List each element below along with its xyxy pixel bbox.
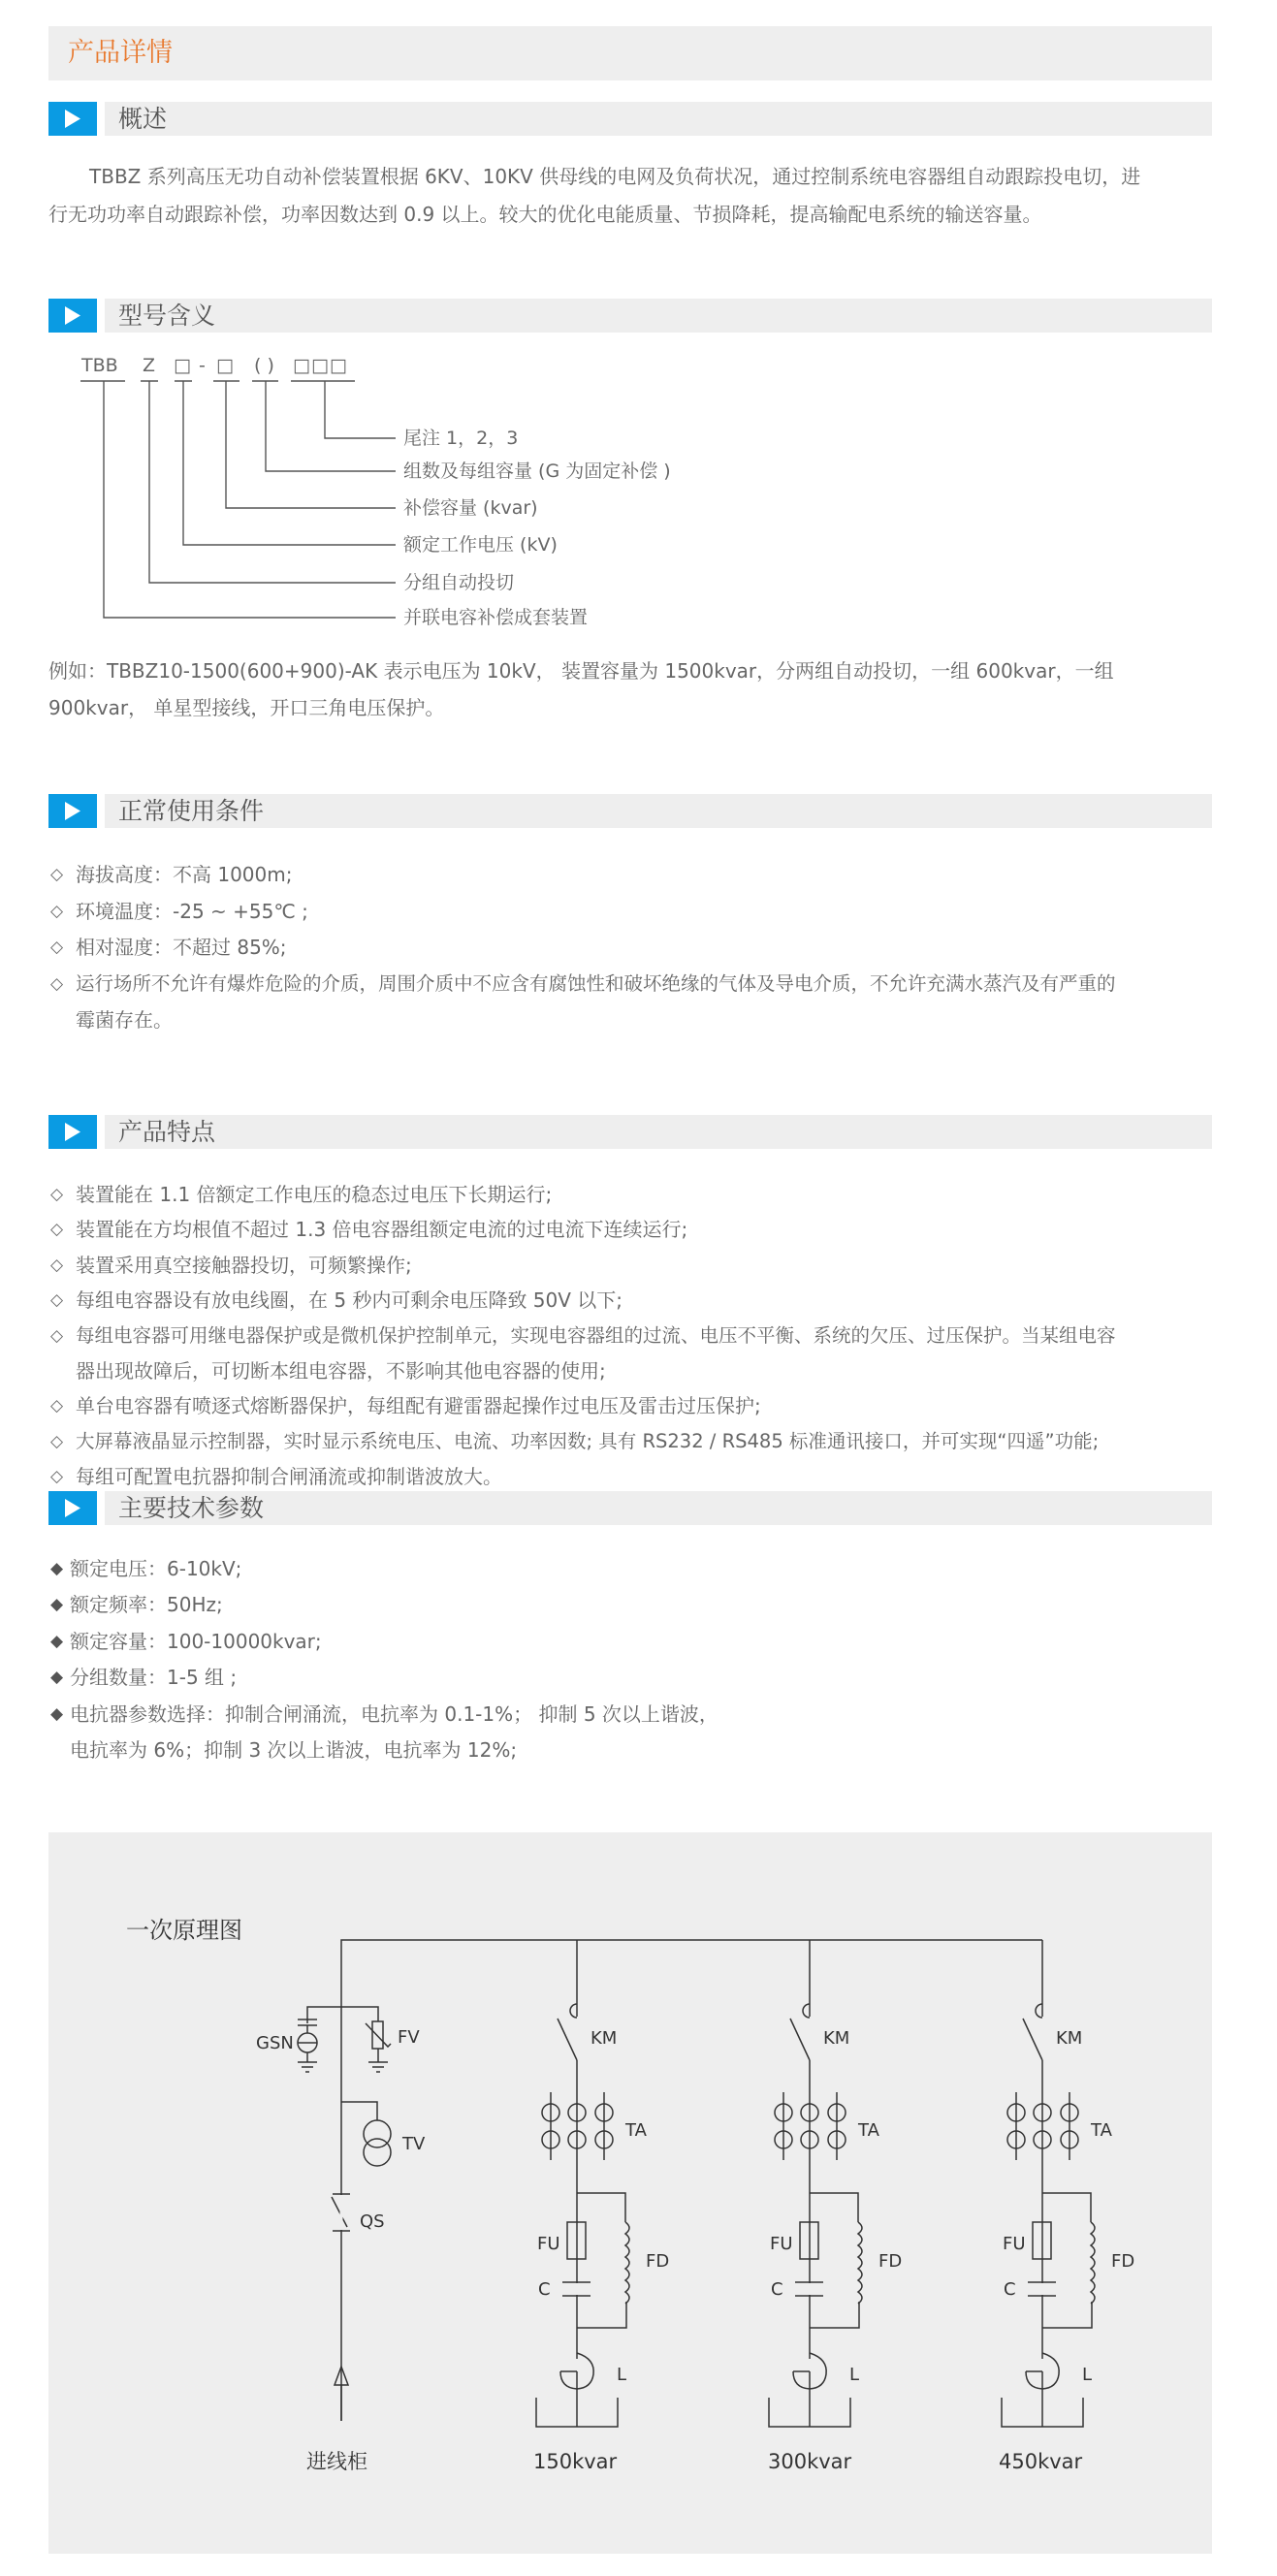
fu-label: FU bbox=[537, 2235, 560, 2254]
fu-label: FU bbox=[1003, 2235, 1026, 2254]
c-label: C bbox=[771, 2280, 783, 2300]
incoming-cabinet-caption: 进线柜 bbox=[306, 2450, 367, 2473]
km-label: KM bbox=[823, 2029, 849, 2049]
fu-label: FU bbox=[770, 2235, 793, 2254]
single-line-diagram bbox=[0, 0, 1277, 2576]
l-label: L bbox=[849, 2366, 859, 2385]
gsn-label: GSN bbox=[256, 2034, 294, 2053]
capacitor-branch-2 bbox=[769, 1940, 862, 2427]
km-label: KM bbox=[1056, 2029, 1082, 2049]
branch-capacity-caption: 150kvar bbox=[533, 2450, 617, 2473]
l-label: L bbox=[1082, 2366, 1092, 2385]
tv-label: TV bbox=[402, 2135, 425, 2154]
l-label: L bbox=[617, 2366, 626, 2385]
fd-label: FD bbox=[878, 2252, 902, 2272]
branch-capacity-caption: 300kvar bbox=[768, 2450, 851, 2473]
ta-label: TA bbox=[1091, 2121, 1112, 2141]
fd-label: FD bbox=[1111, 2252, 1134, 2272]
capacitor-branch-1 bbox=[536, 1940, 629, 2427]
ta-label: TA bbox=[625, 2121, 647, 2141]
c-label: C bbox=[1004, 2280, 1016, 2300]
qs-label: QS bbox=[360, 2212, 385, 2232]
km-label: KM bbox=[591, 2029, 617, 2049]
c-label: C bbox=[538, 2280, 551, 2300]
branch-capacity-caption: 450kvar bbox=[999, 2450, 1082, 2473]
capacitor-branch-3 bbox=[1002, 1940, 1095, 2427]
ta-label: TA bbox=[858, 2121, 879, 2141]
fd-label: FD bbox=[646, 2252, 669, 2272]
fv-label: FV bbox=[398, 2028, 420, 2048]
